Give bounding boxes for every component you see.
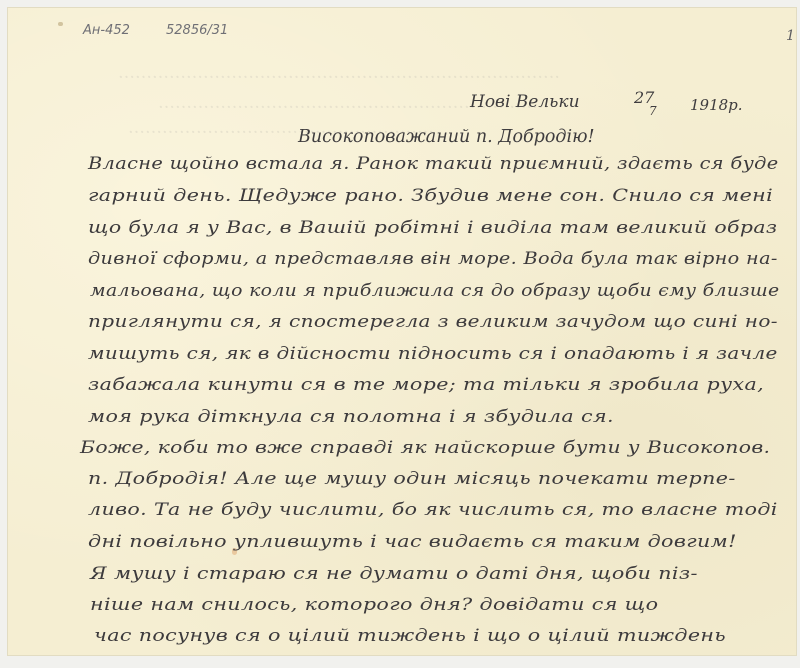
paper-spot (58, 22, 63, 26)
archive-code: Ан-452 (83, 23, 130, 38)
letter-line: гарний день. Щедуже рано. Збудив мене со… (88, 186, 773, 205)
letter-line: що була я у Вас, в Вашій робітні і виділ… (88, 218, 777, 237)
letter-line: ніше нам снилось, которого дня? довідати… (90, 595, 658, 614)
letter-line: п. Добродія! Але ще мушу один місяць поч… (88, 469, 736, 488)
bleed-through-text: …………………………………………………………………… (118, 63, 560, 83)
letter-line: дивної сформи, а представляв він море. В… (88, 249, 778, 268)
letter-line: ливо. Та не буду числити, бо як числить … (88, 500, 778, 519)
letter-line: Я мушу і стараю ся не думати о даті дня,… (90, 564, 698, 583)
date-year: 1918р. (690, 96, 743, 114)
letter-line: мишуть ся, як в дійсности підносить ся і… (88, 344, 778, 363)
letter-line: час посунув ся о цілий тиждень і що о ці… (94, 626, 726, 645)
letter-line: Боже, коби то вже справді як найскорше б… (80, 438, 770, 457)
letter-line: Власне щойно встала я. Ранок такий приєм… (88, 154, 779, 173)
letter-line: забажала кинути ся в те море; та тільки … (88, 375, 764, 394)
letter-line: дні повільно уплившуть і час видаєть ся … (88, 532, 737, 551)
place-name: Нові Вельки (470, 92, 580, 112)
letter-line: моя рука діткнула ся полотна і я збудила… (88, 407, 614, 426)
letter-line: мальована, що коли я приближила ся до об… (90, 281, 780, 300)
letter-line: приглянути ся, я спостерегла з великим з… (88, 312, 778, 331)
archive-number: 52856/31 (166, 23, 228, 38)
date-month: 7 (649, 104, 657, 118)
letter-page: …………………………………………………………………… …………………………………… (8, 8, 796, 655)
letter-greeting: Високоповажаний п. Добродію! (298, 127, 595, 147)
page-number: 1 (786, 28, 795, 44)
